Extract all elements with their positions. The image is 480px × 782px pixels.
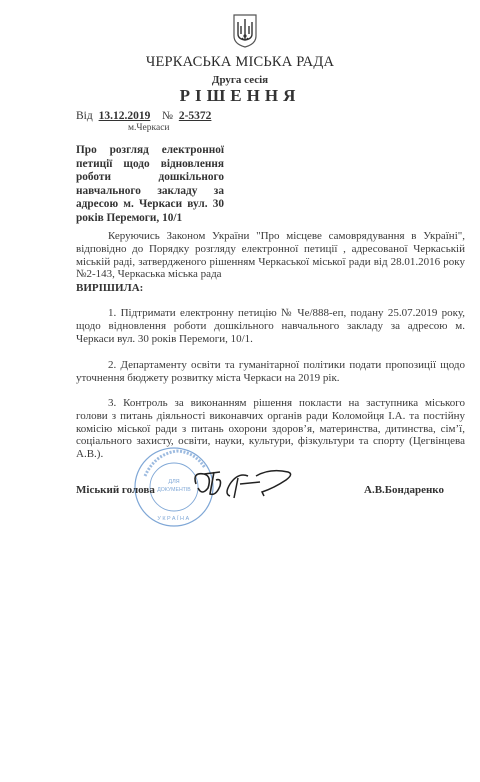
signer-name: А.В.Бондаренко <box>364 484 444 496</box>
decision-date: 13.12.2019 <box>99 110 151 122</box>
svg-text:УКРАЇНА: УКРАЇНА <box>157 515 190 522</box>
coat-of-arms-icon <box>232 14 258 48</box>
city-label: м.Черкаси <box>128 123 170 133</box>
decision-item-2: 2. Департаменту освіти та гуманітарної п… <box>76 359 465 385</box>
svg-text:ДЛЯ: ДЛЯ <box>168 479 179 485</box>
subject-heading: Про розгляд електронної петиції щодо від… <box>76 144 224 226</box>
decided-label: ВИРІШИЛА: <box>76 282 143 294</box>
signature-scribble <box>190 466 300 502</box>
date-number-line: Від 13.12.2019 № 2-5372 <box>76 110 214 122</box>
subject-line: адресою м. Черкаси вул. 30 <box>76 198 224 212</box>
subject-line: навчального закладу за <box>76 185 224 199</box>
council-name: ЧЕРКАСЬКА МІСЬКА РАДА <box>0 54 480 71</box>
number-prefix: № <box>162 110 173 122</box>
decision-item-1: 1. Підтримати електронну петицію № Че/88… <box>76 307 465 345</box>
session-label: Друга сесія <box>0 74 480 86</box>
svg-text:ДОКУМЕНТІВ: ДОКУМЕНТІВ <box>157 487 191 493</box>
subject-line: петиції щодо відновлення <box>76 158 224 172</box>
subject-line: років Перемоги, 10/1 <box>76 212 224 226</box>
subject-line: Про розгляд електронної <box>76 144 224 158</box>
preamble-paragraph: Керуючись Законом України "Про місцеве с… <box>76 230 465 281</box>
signer-position: Міський голова <box>76 484 155 496</box>
decision-number: 2-5372 <box>179 110 212 122</box>
document-title: РІШЕННЯ <box>0 86 480 106</box>
date-prefix: Від <box>76 110 93 122</box>
subject-line: роботи дошкільного <box>76 171 224 185</box>
